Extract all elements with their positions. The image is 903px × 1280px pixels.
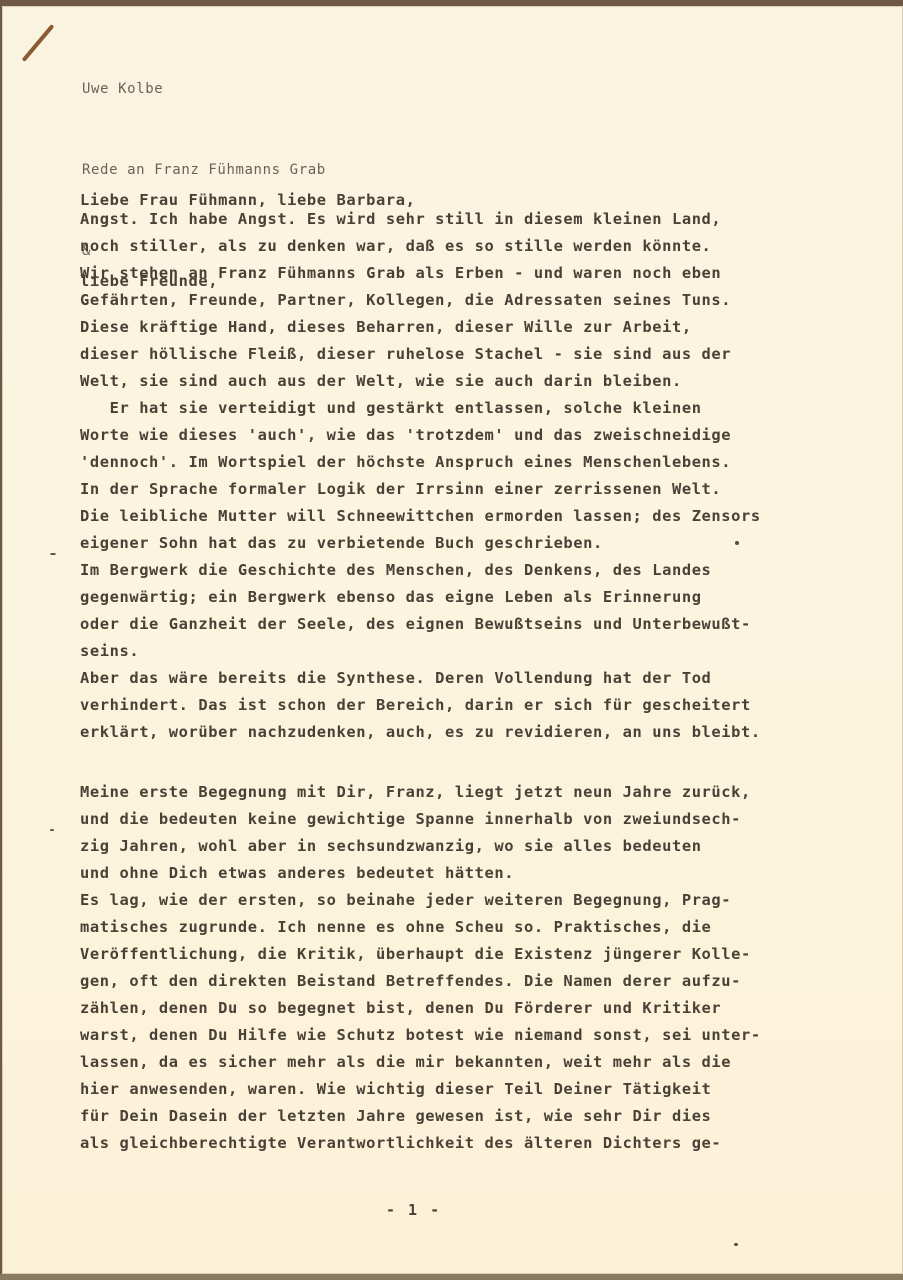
text-line: oder die Ganzheit der Seele, des eignen …: [80, 611, 890, 638]
ink-speck: [50, 829, 54, 831]
text-line: Welt, sie sind auch aus der Welt, wie si…: [80, 368, 890, 395]
page-number: - 1 -: [386, 1201, 441, 1219]
text-line: Angst. Ich habe Angst. Es wird sehr stil…: [80, 206, 890, 233]
text-line: Diese kräftige Hand, dieses Beharren, di…: [80, 314, 890, 341]
ink-speck: [50, 553, 56, 555]
text-line: 'dennoch'. Im Wortspiel der höchste Ansp…: [80, 449, 890, 476]
text-line: Die leibliche Mutter will Schneewittchen…: [80, 503, 890, 530]
text-line: seins.: [80, 638, 890, 665]
text-line: Gefährten, Freunde, Partner, Kollegen, d…: [80, 287, 890, 314]
text-line: matisches zugrunde. Ich nenne es ohne Sc…: [80, 914, 890, 941]
text-line: zig Jahren, wohl aber in sechsundzwanzig…: [80, 833, 890, 860]
text-line: dieser höllische Fleiß, dieser ruhelose …: [80, 341, 890, 368]
text-line: für Dein Dasein der letzten Jahre gewese…: [80, 1103, 890, 1130]
pen-stroke-mark: [22, 24, 55, 62]
text-line: warst, denen Du Hilfe wie Schutz botest …: [80, 1022, 890, 1049]
text-line: Es lag, wie der ersten, so beinahe jeder…: [80, 887, 890, 914]
text-line: Worte wie dieses 'auch', wie das 'trotzd…: [80, 422, 890, 449]
text-line: Veröffentlichung, die Kritik, überhaupt …: [80, 941, 890, 968]
author-name: Uwe Kolbe: [82, 76, 326, 103]
text-line: verhindert. Das ist schon der Bereich, d…: [80, 692, 890, 719]
text-line: Aber das wäre bereits die Synthese. Dere…: [80, 665, 890, 692]
ink-speck: [734, 1243, 738, 1246]
ink-speck: [735, 541, 739, 545]
text-line: eigener Sohn hat das zu verbietende Buch…: [80, 530, 890, 557]
text-line: Wir stehen an Franz Fühmanns Grab als Er…: [80, 260, 890, 287]
text-line: Er hat sie verteidigt und gestärkt entla…: [80, 395, 890, 422]
text-line: gegenwärtig; ein Bergwerk ebenso das eig…: [80, 584, 890, 611]
text-line: zählen, denen Du so begegnet bist, denen…: [80, 995, 890, 1022]
text-line: gen, oft den direkten Beistand Betreffen…: [80, 968, 890, 995]
text-line: lassen, da es sicher mehr als die mir be…: [80, 1049, 890, 1076]
text-line: Meine erste Begegnung mit Dir, Franz, li…: [80, 779, 890, 806]
text-line: erklärt, worüber nachzudenken, auch, es …: [80, 719, 890, 746]
text-line: hier anwesenden, waren. Wie wichtig dies…: [80, 1076, 890, 1103]
text-line: noch stiller, als zu denken war, daß es …: [80, 233, 890, 260]
paragraph-2: Meine erste Begegnung mit Dir, Franz, li…: [80, 779, 890, 1157]
text-line: und die bedeuten keine gewichtige Spanne…: [80, 806, 890, 833]
text-line: Im Bergwerk die Geschichte des Menschen,…: [80, 557, 890, 584]
typewritten-page: Uwe Kolbe Rede an Franz Fühmanns Grab & …: [2, 6, 903, 1274]
text-line: als gleichberechtigte Verantwortlichkeit…: [80, 1130, 890, 1157]
paragraph-1: Angst. Ich habe Angst. Es wird sehr stil…: [80, 206, 890, 746]
text-line: und ohne Dich etwas anderes bedeutet hät…: [80, 860, 890, 887]
page-bottom-edge: [0, 1274, 903, 1280]
text-line: In der Sprache formaler Logik der Irrsin…: [80, 476, 890, 503]
